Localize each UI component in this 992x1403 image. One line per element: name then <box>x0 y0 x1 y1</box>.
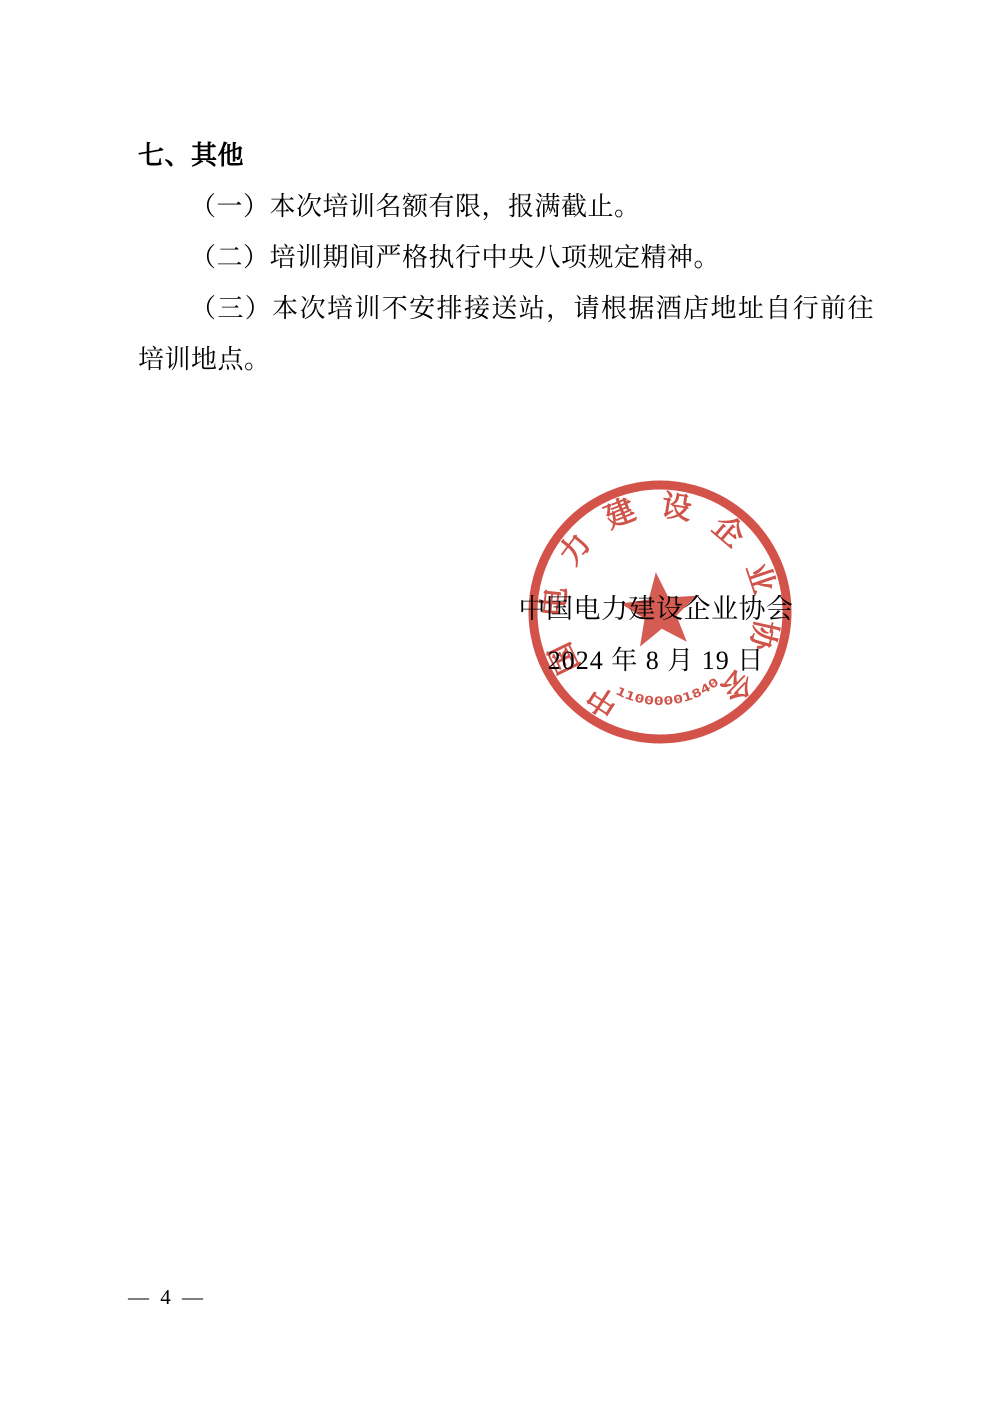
paragraph-item-1: （一）本次培训名额有限，报满截止。 <box>138 181 874 232</box>
signature-organization: 中国电力建设企业协会 <box>456 584 856 635</box>
section-heading: 七、其他 <box>138 130 874 181</box>
signature-date: 2024 年 8 月 19 日 <box>456 635 856 686</box>
document-page: 七、其他 （一）本次培训名额有限，报满截止。 （二）培训期间严格执行中央八项规定… <box>0 0 992 1403</box>
signature-block: 中国电力建设企业协会 2024 年 8 月 19 日 <box>456 584 856 686</box>
page-number: — 4 — <box>128 1285 206 1310</box>
body-text: 七、其他 （一）本次培训名额有限，报满截止。 （二）培训期间严格执行中央八项规定… <box>138 130 874 385</box>
paragraph-item-3: （三）本次培训不安排接送站，请根据酒店地址自行前往培训地点。 <box>138 283 874 385</box>
paragraph-item-2: （二）培训期间严格执行中央八项规定精神。 <box>138 232 874 283</box>
